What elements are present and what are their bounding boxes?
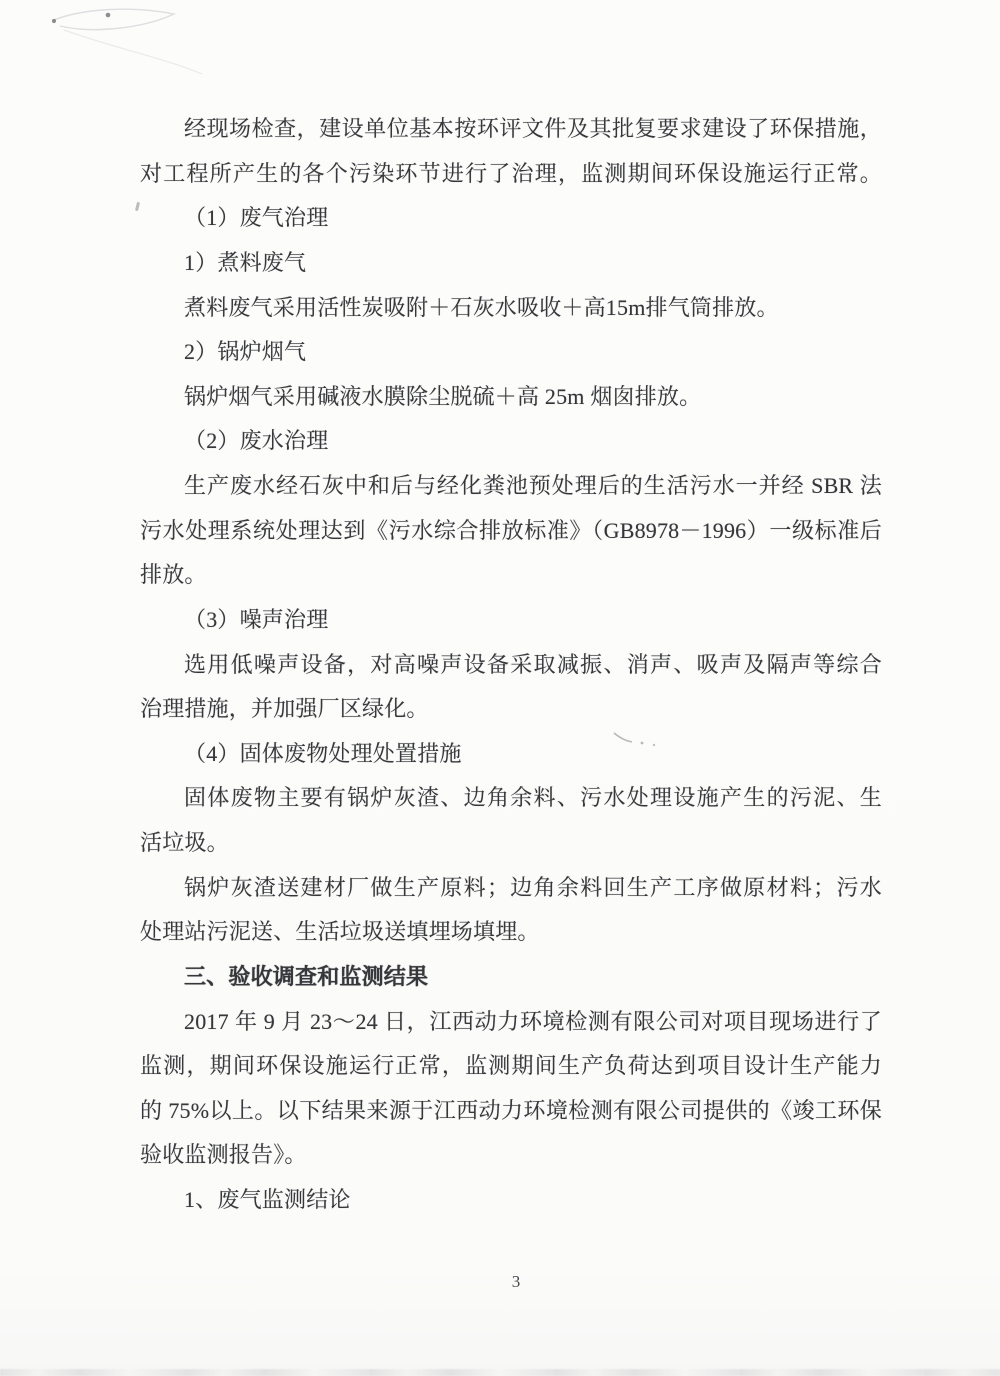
text-line: （3）噪声治理 [140,598,882,643]
text-line: 选用低噪声设备，对高噪声设备采取减振、消声、吸声及隔声等综合 [140,643,882,688]
text-line: （1）废气治理 [140,196,882,241]
text-line: 固体废物主要有锅炉灰渣、边角余料、污水处理设施产生的污泥、生 [140,776,882,821]
text-line: 生产废水经石灰中和后与经化粪池预处理后的生活污水一并经 SBR 法 [140,464,882,509]
text-line: 验收监测报告》。 [140,1133,882,1178]
text-line: 锅炉烟气采用碱液水膜除尘脱硫＋高 25m 烟囱排放。 [140,375,882,420]
page-number: 3 [16,1272,1000,1292]
text-line: 锅炉灰渣送建材厂做生产原料；边角余料回生产工序做原材料；污水 [140,866,882,911]
text-line: 污水处理系统处理达到《污水综合排放标准》（GB8978－1996）一级标准后 [140,509,882,554]
section-heading-line: 三、验收调查和监测结果 [140,955,882,1000]
text-line: 1）煮料废气 [140,241,882,286]
text-line: 治理措施，并加强厂区绿化。 [140,687,882,732]
text-line: 处理站污泥送、生活垃圾送填埋场填埋。 [140,910,882,955]
document-body: 经现场检查，建设单位基本按环评文件及其批复要求建设了环保措施，对工程所产生的各个… [140,107,882,1223]
document-page: 经现场检查，建设单位基本按环评文件及其批复要求建设了环保措施，对工程所产生的各个… [0,0,1000,1376]
text-line: 排放。 [140,553,882,598]
text-line: （4）固体废物处理处置措施 [140,732,882,777]
text-line: 2017 年 9 月 23～24 日，江西动力环境检测有限公司对项目现场进行了 [140,1000,882,1045]
scan-edge-noise [0,1369,1000,1376]
scan-squiggle-icon [612,730,658,748]
text-line: （2）废水治理 [140,419,882,464]
text-line: 监测，期间环保设施运行正常，监测期间生产负荷达到项目设计生产能力 [140,1044,882,1089]
text-line: 的 75%以上。以下结果来源于江西动力环境检测有限公司提供的《竣工环保 [140,1089,882,1134]
text-line: 2）锅炉烟气 [140,330,882,375]
text-line: 经现场检查，建设单位基本按环评文件及其批复要求建设了环保措施， [140,107,882,152]
scanned-page: { "page": { "background_color": "#fbfbfa… [0,0,1000,1376]
text-line: 煮料废气采用活性炭吸附＋石灰水吸收＋高15m排气筒排放。 [140,286,882,331]
text-line: 1、废气监测结论 [140,1178,882,1223]
text-line: 活垃圾。 [140,821,882,866]
scan-smudge-topleft-icon [24,0,224,100]
text-line: 对工程所产生的各个污染环节进行了治理，监测期间环保设施运行正常。 [140,152,882,197]
